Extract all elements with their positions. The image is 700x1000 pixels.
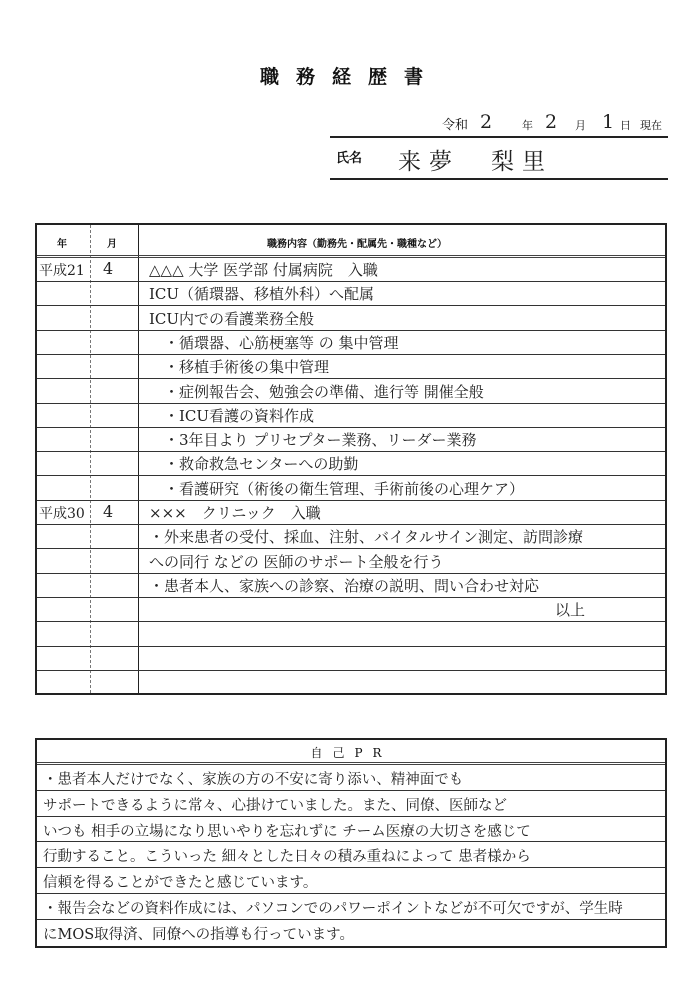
- table-row: ・外来患者の受付、採血、注射、バイタルサイン測定、訪問診療: [37, 525, 665, 549]
- row-month: 4: [103, 259, 113, 278]
- self-pr-line: ・患者本人だけでなく、家族の方の不安に寄り添い、精神面でも: [37, 765, 665, 791]
- self-pr-line: 行動すること。こういった 細々とした日々の積み重ねによって 患者様から: [37, 842, 665, 868]
- header-content: 職務内容（勤務先・配属先・職種など）: [267, 235, 447, 250]
- table-row: ・患者本人、家族への診察、治療の説明、問い合わせ対応: [37, 574, 665, 598]
- table-row: ・3年目より プリセプター業務、リーダー業務: [37, 428, 665, 452]
- row-content: ・3年目より プリセプター業務、リーダー業務: [149, 429, 477, 450]
- row-year: 平成21: [39, 260, 85, 280]
- name-line: 氏名 来夢 梨里: [330, 137, 668, 180]
- table-row: ・循環器、心筋梗塞等 の 集中管理: [37, 331, 665, 355]
- table-row: ICU（循環器、移植外科）へ配属: [37, 282, 665, 306]
- self-pr-line: サポートできるように常々、心掛けていました。また、同僚、医師など: [37, 791, 665, 817]
- row-content: ・救命救急センターへの助勤: [149, 453, 358, 474]
- row-content: ICU（循環器、移植外科）へ配属: [149, 283, 374, 304]
- date-day-label: 日: [620, 117, 631, 133]
- table-row: ・移植手術後の集中管理: [37, 355, 665, 379]
- row-content: への同行 などの 医師のサポート全般を行う: [149, 551, 444, 572]
- row-month: 4: [103, 502, 113, 521]
- self-pr-heading: 自己PR: [37, 740, 665, 765]
- table-row: ・救命救急センターへの助勤: [37, 452, 665, 476]
- row-content: ICU内での看護業務全般: [149, 308, 314, 329]
- date-era: 令和: [442, 114, 468, 133]
- row-content: ・症例報告会、勉強会の準備、進行等 開催全般: [149, 381, 484, 402]
- table-row: [37, 671, 665, 695]
- row-content: ・患者本人、家族への診察、治療の説明、問い合わせ対応: [149, 575, 539, 596]
- table-row: ・症例報告会、勉強会の準備、進行等 開催全般: [37, 380, 665, 404]
- table-row: 平成304××× クリニック 入職: [37, 501, 665, 525]
- date-line: 令和 2 年 2 月 1 日 現在: [330, 112, 668, 138]
- row-content: ・看護研究（術後の衛生管理、手術前後の心理ケア）: [149, 478, 524, 499]
- career-table-header: 年 月 職務内容（勤務先・配属先・職種など）: [37, 225, 665, 258]
- name-label: 氏名: [336, 147, 362, 166]
- self-pr-line: にMOS取得済、同僚への指導も行っています。: [37, 920, 665, 946]
- name-value: 来夢 梨里: [398, 143, 553, 176]
- row-content: 以上: [555, 599, 585, 620]
- table-row: ・ICU看護の資料作成: [37, 404, 665, 428]
- row-content: ××× クリニック 入職: [149, 502, 321, 523]
- date-year: 2: [480, 111, 492, 133]
- row-content: ・外来患者の受付、採血、注射、バイタルサイン測定、訪問診療: [149, 526, 583, 547]
- row-content: ・循環器、心筋梗塞等 の 集中管理: [149, 332, 399, 353]
- date-month: 2: [545, 111, 557, 133]
- self-pr-line: 信頼を得ることができたと感じています。: [37, 868, 665, 894]
- table-row: [37, 647, 665, 671]
- row-content: ・ICU看護の資料作成: [149, 405, 314, 426]
- row-content: ・移植手術後の集中管理: [149, 356, 329, 377]
- date-suffix: 現在: [640, 117, 662, 133]
- self-pr-line: いつも 相手の立場になり思いやりを忘れずに チーム医療の大切さを感じて: [37, 817, 665, 843]
- document-title: 職務経歴書: [0, 62, 700, 89]
- row-year: 平成30: [39, 503, 85, 523]
- table-row: 以上: [37, 598, 665, 622]
- table-row: 平成214△△△ 大学 医学部 付属病院 入職: [37, 258, 665, 282]
- header-month: 月: [107, 235, 117, 250]
- table-row: ・看護研究（術後の衛生管理、手術前後の心理ケア）: [37, 477, 665, 501]
- header-year: 年: [57, 235, 67, 250]
- self-pr-box: 自己PR ・患者本人だけでなく、家族の方の不安に寄り添い、精神面でもサポートでき…: [35, 738, 667, 948]
- date-day: 1: [602, 111, 614, 133]
- date-year-label: 年: [522, 117, 533, 133]
- self-pr-line: ・報告会などの資料作成には、パソコンでのパワーポイントなどが不可欠ですが、学生時: [37, 894, 665, 920]
- date-month-label: 月: [575, 117, 586, 133]
- row-content: △△△ 大学 医学部 付属病院 入職: [149, 259, 378, 280]
- self-pr-body: ・患者本人だけでなく、家族の方の不安に寄り添い、精神面でもサポートできるように常…: [37, 765, 665, 946]
- table-row: への同行 などの 医師のサポート全般を行う: [37, 550, 665, 574]
- table-row: ICU内での看護業務全般: [37, 307, 665, 331]
- table-row: [37, 623, 665, 647]
- career-table: 年 月 職務内容（勤務先・配属先・職種など） 平成214△△△ 大学 医学部 付…: [35, 223, 667, 695]
